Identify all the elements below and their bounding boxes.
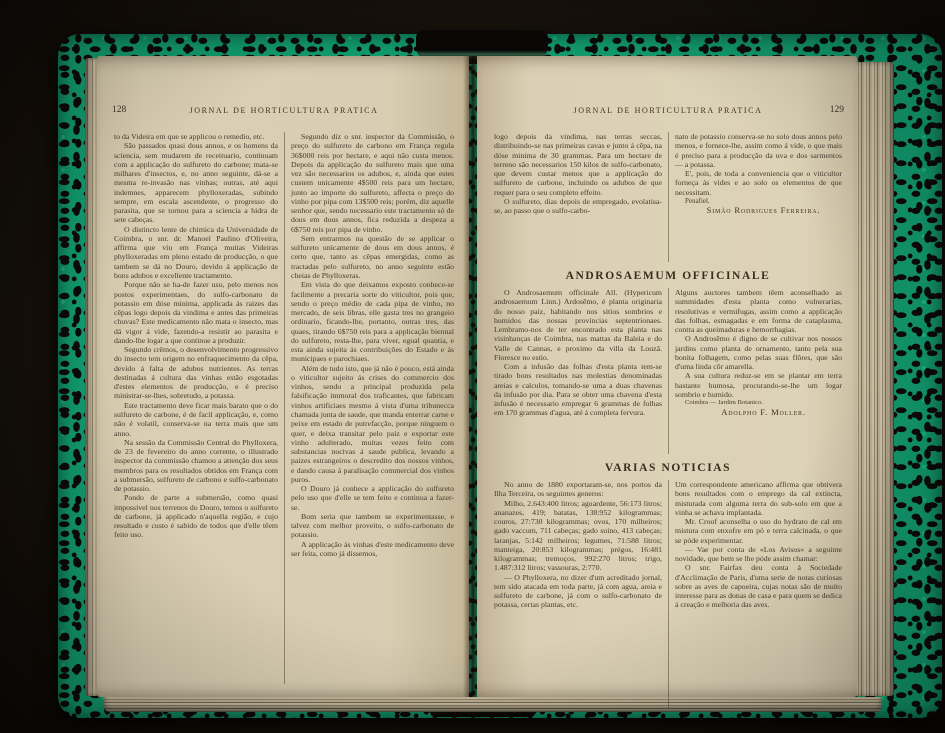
paragraph: O distincto lente de chimica da Universi… xyxy=(114,225,278,281)
paragraph: Na sessão da Commissão Central do Phyllo… xyxy=(114,438,278,494)
paragraph: Porque não se ha-de fazer uso, pelo meno… xyxy=(114,280,278,345)
paragraph: O Douro já conhece a applicação do sulfu… xyxy=(291,484,454,512)
paragraph: E', pois, de toda a conveniencia que o v… xyxy=(675,169,842,197)
paragraph: O Androsêmo é digno de se cultivar nos n… xyxy=(675,334,842,371)
paragraph: O sulfureto, dias depois de empregado, e… xyxy=(494,197,662,216)
paragraph: O snr. Fairfax deu conta á Sociedade d'A… xyxy=(675,563,842,609)
open-book-spread: 128 JORNAL DE HORTICULTURA PRATICA to da… xyxy=(97,56,857,697)
androsaemum-column-2: Alguns auctores tambem têem aconselhado … xyxy=(668,288,848,454)
paragraph: — Vae por conta de «Los Avisos» a seguin… xyxy=(675,545,842,564)
running-head-right: JORNAL DE HORTICULTURA PRATICA 129 xyxy=(488,106,848,122)
paragraph: Com a infusão das folhas d'esta planta t… xyxy=(494,362,662,418)
noticias-column-2: Um correspondente americano affirma que … xyxy=(668,480,848,708)
paragraph: Um correspondente americano affirma que … xyxy=(675,480,842,517)
article-heading-androsaemum: ANDROSAEMUM OFFICINALE xyxy=(488,270,848,282)
paragraph: Em vista do que deixamos exposto conhece… xyxy=(291,280,454,363)
noticias-section-columns: No anno de 1880 exportaram-se, nos porto… xyxy=(488,480,848,708)
paragraph: Além de tudo isto, que já não é pouco, e… xyxy=(291,364,454,484)
running-title-left: JORNAL DE HORTICULTURA PRATICA xyxy=(108,106,460,115)
androsaemum-section-columns: O Androsaemum officinale All. (Hypericum… xyxy=(488,288,848,454)
author-signature-ferreira: Simão Rodrigues Ferreira. xyxy=(675,205,842,215)
page-128: 128 JORNAL DE HORTICULTURA PRATICA to da… xyxy=(97,56,469,697)
page-129: JORNAL DE HORTICULTURA PRATICA 129 logo … xyxy=(477,56,857,697)
paragraph: Segundo crêmos, o desenvolvimento progre… xyxy=(114,345,278,401)
paragraph: O Androsaemum officinale All. (Hypericum… xyxy=(494,288,662,362)
paragraph: Alguns auctores tambem têem aconselhado … xyxy=(675,288,842,334)
intro-section-columns: logo depois da vindima, nas terras secca… xyxy=(488,132,848,262)
paragraph: nato de potassio conserva-se no solo dou… xyxy=(675,132,842,169)
paragraph: No anno de 1880 exportaram-se, nos porto… xyxy=(494,480,662,499)
noticias-column-1: No anno de 1880 exportaram-se, nos porto… xyxy=(488,480,668,708)
intro-column-1: logo depois da vindima, nas terras secca… xyxy=(488,132,668,262)
androsaemum-column-1: O Androsaemum officinale All. (Hypericum… xyxy=(488,288,668,454)
section-heading-varias-noticias: VARIAS NOTICIAS xyxy=(488,462,848,474)
paragraph: A applicação ás vinhas d'este medicament… xyxy=(291,540,454,559)
left-page-column-2: Segundo diz o snr. inspector da Commissã… xyxy=(284,132,460,684)
paragraph: Bom seria que tambem se experimentasse, … xyxy=(291,512,454,540)
page-stack-edge-right xyxy=(856,62,894,696)
dateline-penafiel: Penafiel. xyxy=(675,197,842,205)
page-number-128: 128 xyxy=(112,105,126,115)
paragraph: Sem entrarmos na questão de se applicar … xyxy=(291,234,454,280)
paragraph: Milho, 2.643:400 litros; aguardente, 56:… xyxy=(494,499,662,573)
page-stack-edge-left xyxy=(85,58,97,696)
intro-column-2: nato de potassio conserva-se no solo dou… xyxy=(668,132,848,262)
page-129-content: JORNAL DE HORTICULTURA PRATICA 129 logo … xyxy=(488,106,848,683)
paragraph: São passados quasi dous annos, e os home… xyxy=(114,141,278,224)
page-number-129: 129 xyxy=(830,105,844,115)
paragraph: Mr. Croof aconselha o uso do hydrato de … xyxy=(675,517,842,545)
paragraph: Este tractamento deve ficar mais barato … xyxy=(114,401,278,438)
paragraph: — O Phylloxera, no dizer d'um acreditado… xyxy=(494,573,662,610)
author-signature-moller: Adolpho F. Moller. xyxy=(675,407,842,417)
paragraph: logo depois da vindima, nas terras secca… xyxy=(494,132,662,197)
left-page-columns: to da Videira em que se applicou o remed… xyxy=(108,132,460,684)
book-photo-stage: 128 JORNAL DE HORTICULTURA PRATICA to da… xyxy=(0,0,945,733)
paragraph: to da Videira em que se applicou o remed… xyxy=(114,132,278,141)
paragraph: Pondo de parte a submersão, como quasi i… xyxy=(114,493,278,539)
running-title-right: JORNAL DE HORTICULTURA PRATICA xyxy=(488,106,848,115)
paragraph: A sua cultura reduz-se em se plantar em … xyxy=(675,371,842,399)
page-128-content: 128 JORNAL DE HORTICULTURA PRATICA to da… xyxy=(108,106,460,683)
dateline-coimbra: Coimbra — Jardim Botanico. xyxy=(675,399,842,407)
left-page-column-1: to da Videira em que se applicou o remed… xyxy=(108,132,284,684)
running-head-left: 128 JORNAL DE HORTICULTURA PRATICA xyxy=(108,106,460,122)
paragraph: Segundo diz o snr. inspector da Commissã… xyxy=(291,132,454,234)
